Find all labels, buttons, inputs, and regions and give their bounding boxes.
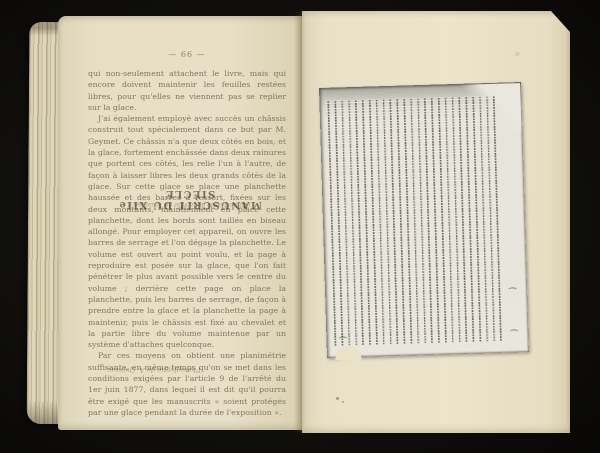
body-text: qui non-seulement attachent le livre, ma… [88,68,286,418]
manuscript-plate-photograph [319,82,529,358]
manuscript-script-texture [325,96,503,347]
left-page: — 66 — qui non-seulement attachent le li… [58,16,303,430]
paragraph: qui non-seulement attachent le livre, ma… [88,68,286,113]
paragraph: J'ai également employé avec succès un ch… [88,113,286,350]
paragraph: Par ces moyens on obtient une planimétri… [88,350,286,418]
margin-mark [509,329,518,334]
page-number: — 66 — [88,50,286,59]
margin-mark [508,287,517,292]
right-page [302,11,570,433]
plate-corner-notch [335,345,362,362]
foxing-spot [514,51,521,57]
photographed-book-scene: — 66 — qui non-seulement attachent le li… [0,0,600,453]
dust-speck [336,397,339,400]
dust-speck [342,401,344,403]
